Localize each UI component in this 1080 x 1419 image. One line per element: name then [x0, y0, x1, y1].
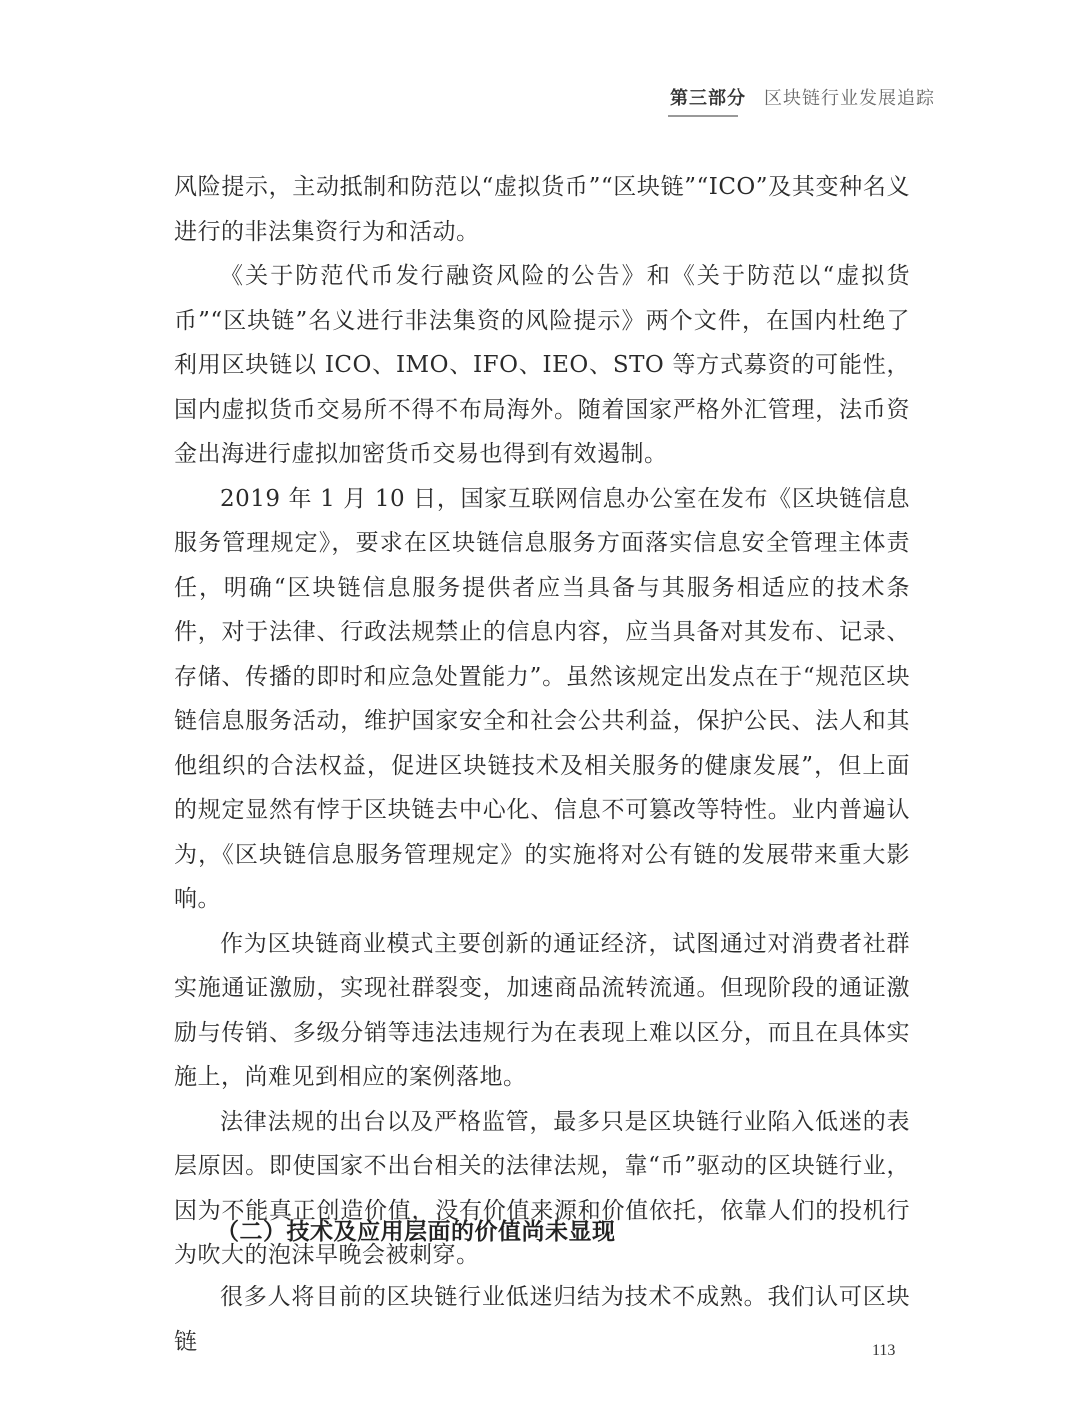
paragraph: 《关于防范代币发行融资风险的公告》和《关于防范以“虚拟货币”“区块链”名义进行非… — [174, 254, 910, 477]
section-heading: （二）技术及应用层面的价值尚未显现 — [216, 1213, 616, 1246]
paragraph: 2019 年 1 月 10 日，国家互联网信息办公室在发布《区块链信息服务管理规… — [174, 477, 910, 922]
body-text: 风险提示，主动抵制和防范以“虚拟货币”“区块链”“ICO”及其变种名义进行的非法… — [174, 165, 910, 1278]
paragraph: 法律法规的出台以及严格监管，最多只是区块链行业陷入低迷的表层原因。即使国家不出台… — [174, 1100, 910, 1278]
body-text-continued: 很多人将目前的区块链行业低迷归结为技术不成熟。我们认可区块链 — [174, 1275, 910, 1364]
page-number: 113 — [872, 1342, 895, 1360]
part-label: 第三部分 — [670, 84, 746, 110]
chapter-title: 区块链行业发展追踪 — [764, 84, 935, 110]
paragraph: 很多人将目前的区块链行业低迷归结为技术不成熟。我们认可区块链 — [174, 1275, 910, 1364]
paragraph: 作为区块链商业模式主要创新的通证经济，试图通过对消费者社群实施通证激励，实现社群… — [174, 922, 910, 1100]
paragraph: 风险提示，主动抵制和防范以“虚拟货币”“区块链”“ICO”及其变种名义进行的非法… — [174, 165, 910, 254]
header-underline — [668, 115, 738, 117]
running-header: 第三部分 区块链行业发展追踪 — [670, 82, 935, 112]
